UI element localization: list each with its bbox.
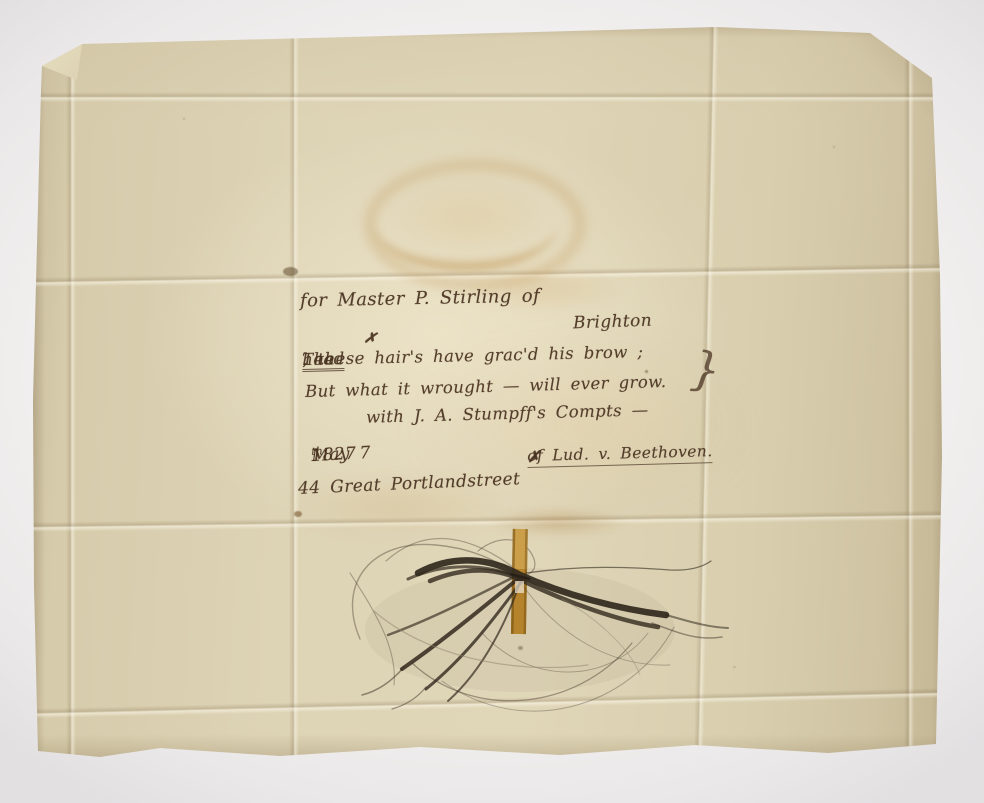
paper-edge-right-shading <box>932 26 948 760</box>
fold-crease-vertical-1 <box>66 26 76 760</box>
hair-lock <box>330 515 830 715</box>
stain-ring-fill <box>383 176 553 262</box>
dog-ear-corner <box>33 26 123 116</box>
photo-backdrop: for Master P. Stirling of Brighton ✗ The… <box>0 0 984 803</box>
knot-glint <box>515 581 524 593</box>
fold-crease-vertical-4 <box>904 26 914 760</box>
letter-paper: for Master P. Stirling of Brighton ✗ The… <box>33 26 948 760</box>
recipient-city: Brighton <box>573 311 653 334</box>
paper-corner-fold-shading <box>828 26 948 116</box>
paper-edge-bottom-shading <box>33 734 948 760</box>
verse-brace: } <box>688 340 724 397</box>
fold-crease-horizontal-1 <box>33 92 948 102</box>
fold-tear-spot <box>283 267 298 276</box>
date-year: 1827 <box>311 444 357 466</box>
paper-edge-top-shading <box>33 26 948 38</box>
fold-crease-vertical-2 <box>289 26 299 760</box>
paper-edge-left-shading <box>33 26 45 760</box>
paper-speck-1 <box>183 118 185 120</box>
brown-spot <box>294 511 302 517</box>
footnote-x-mark: ✗ <box>363 328 378 348</box>
paper-speck-2 <box>833 146 835 148</box>
